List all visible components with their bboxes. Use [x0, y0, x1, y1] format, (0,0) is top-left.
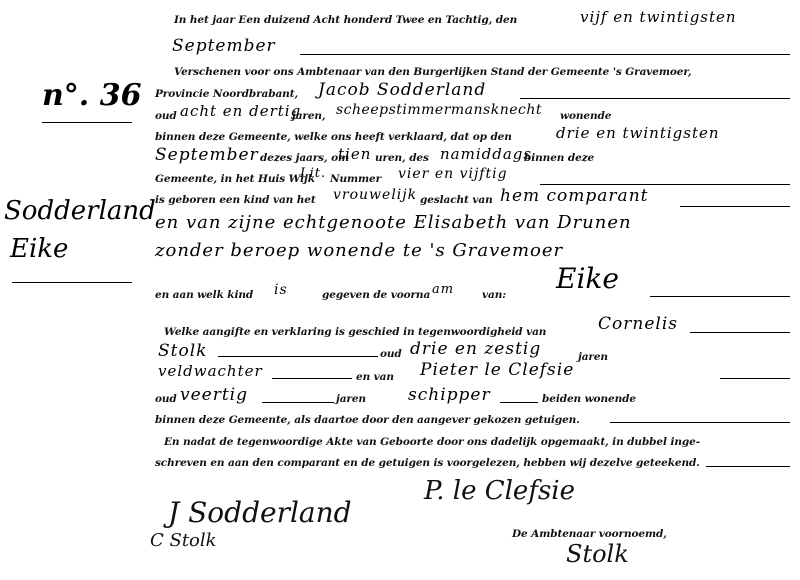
text-witnesses: Welke aangifte en verklaring is geschied… [164, 326, 546, 338]
hand-witness-1-occupation: veldwachter [158, 362, 263, 380]
hand-father-name: Jacob Sodderland [318, 80, 486, 100]
fill-line [300, 54, 790, 55]
fill-line [218, 356, 378, 357]
text-age-label: oud [155, 110, 177, 122]
text-named: en aan welk kind [155, 289, 253, 301]
text-years: jaren, [292, 110, 326, 122]
hand-birth-hour: tien [338, 145, 371, 163]
hand-name-suffix: am [432, 282, 454, 297]
hand-father-occupation: scheepstimmermansknecht [336, 102, 542, 118]
hand-birth-day: drie en twintigsten [556, 124, 720, 142]
fill-line [706, 466, 790, 467]
hand-father-age: acht en dertig [180, 102, 301, 120]
text-declared: binnen deze Gemeente, welke ons heeft ve… [155, 131, 512, 143]
text-chosen-witnesses: binnen deze Gemeente, als daartoe door d… [155, 414, 580, 426]
fill-line [690, 332, 790, 333]
fill-line [720, 378, 790, 379]
fill-line [262, 402, 334, 403]
hand-day: vijf en twintigsten [580, 8, 737, 26]
hand-witness-2-age: veertig [180, 385, 248, 405]
hand-witness-1-last: Stolk [158, 341, 207, 361]
text-born: is geboren een kind van het [155, 194, 316, 206]
text-act-drawn: En nadat de tegenwoordige Akte van Geboo… [164, 436, 700, 448]
margin-surname: Sodderland [4, 196, 156, 226]
text-within: binnen deze [524, 152, 594, 164]
fill-line [680, 206, 790, 207]
hand-ward: Lit. [300, 166, 326, 181]
text-province: Provincie Noordbrabant, [155, 88, 298, 100]
text-and-of: en van [356, 371, 394, 383]
text-year-intro: In het jaar Een duizend Acht honderd Twe… [174, 14, 517, 26]
fill-line [500, 402, 538, 403]
hand-month: September [172, 36, 276, 56]
hand-sex: vrouwelijk [333, 187, 417, 203]
signature-father: J Sodderland [168, 496, 352, 529]
hand-mother-residence: zonder beroep wonende te 's Gravemoer [155, 240, 563, 261]
text-hours: uren, des [375, 152, 429, 164]
hand-witness-2-name: Pieter le Clefsie [420, 360, 574, 380]
hand-witness-2-occupation: schipper [408, 385, 491, 405]
hand-house-number: vier en vijftig [398, 166, 508, 182]
text-official-label: De Ambtenaar voornoemd, [512, 528, 667, 540]
fill-line [610, 422, 790, 423]
text-number: Nummer [330, 173, 381, 185]
fill-line [540, 184, 790, 185]
text-residing: wonende [560, 110, 611, 122]
text-witness-2-years: jaren [336, 393, 366, 405]
hand-time-of-day: namiddags [440, 145, 532, 163]
text-signed: schreven en aan den comparant en de getu… [155, 457, 700, 469]
text-appeared: Verschenen voor ons Ambtenaar van den Bu… [174, 66, 692, 78]
text-this-year: dezes jaars, om [260, 152, 349, 164]
text-witness-1-years: jaren [578, 351, 608, 363]
fill-line [272, 378, 352, 379]
fill-line [520, 98, 790, 99]
signature-witness-1: C Stolk [150, 530, 217, 551]
text-witness-1-age-label: oud [380, 348, 402, 360]
hand-birth-month: September [155, 145, 259, 165]
margin-underline [12, 282, 132, 283]
hand-parent: hem comparant [500, 186, 648, 206]
signature-official: Stolk [566, 540, 629, 568]
text-given-name: gegeven de voorna [322, 289, 430, 301]
text-both-residing: beiden wonende [542, 393, 636, 405]
hand-witness-1-first: Cornelis [598, 314, 678, 334]
text-house: Gemeente, in het Huis Wijk [155, 173, 315, 185]
record-number-underline [42, 122, 132, 123]
text-sex-of: geslacht van [420, 194, 493, 206]
record-number: n°. 36 [42, 78, 141, 113]
hand-witness-1-age: drie en zestig [410, 339, 541, 359]
margin-given-name: Eike [10, 234, 68, 264]
text-witness-2-age-label: oud [155, 393, 177, 405]
text-of: van: [482, 289, 506, 301]
hand-child-name: Eike [556, 262, 619, 295]
fill-line [650, 296, 790, 297]
hand-is: is [274, 282, 288, 298]
hand-mother: en van zijne echtgenoote Elisabeth van D… [155, 212, 632, 233]
signature-witness-2: P. le Clefsie [424, 476, 575, 506]
